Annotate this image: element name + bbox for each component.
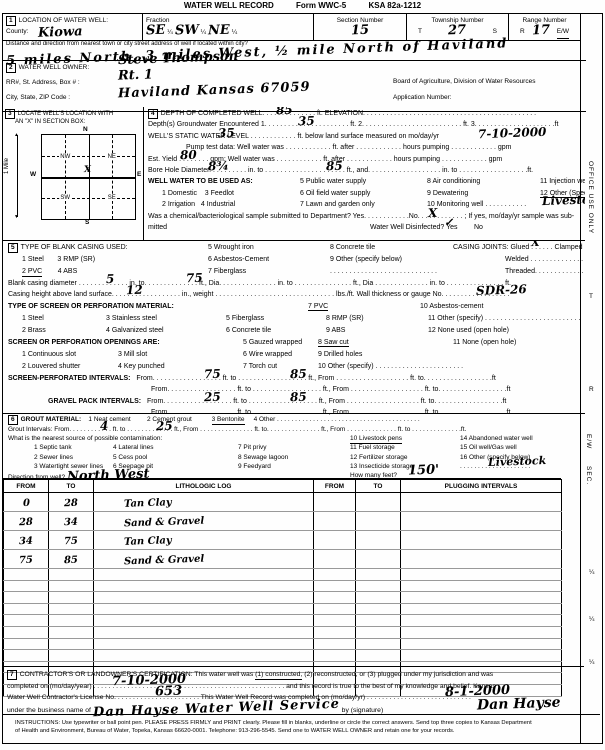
contamination-option-13: 13 Insecticide storage bbox=[350, 462, 460, 471]
use-option-10: 10 Monitoring well . . . . . . . . . . . bbox=[427, 199, 540, 210]
screen-option-4: 4 Galvanized steel bbox=[106, 325, 226, 337]
grout-interval-to: 25 bbox=[156, 421, 173, 432]
se-quarter-label: SE bbox=[107, 195, 117, 201]
contamination-title: What is the nearest source of possible c… bbox=[8, 434, 350, 443]
address-value: Rt. 1 bbox=[118, 70, 153, 81]
north-label: N bbox=[83, 126, 88, 133]
table-row: 75 85 Sand & Gravel bbox=[4, 550, 562, 569]
quarter-glyph: ¼ bbox=[232, 29, 237, 36]
groundwater-1-value: 35 bbox=[298, 116, 315, 127]
yield-value: 80 bbox=[180, 149, 197, 160]
office-range-mark: R bbox=[589, 386, 594, 393]
certification-line-2: completed on (mo/day/year) . . . . . . .… bbox=[7, 683, 496, 690]
col-to-2: TO bbox=[356, 480, 401, 493]
static-level-date: 7-10-2000 bbox=[478, 127, 547, 139]
section7-number: 7 bbox=[7, 670, 17, 680]
casing-height-line: Casing height above land surface. . . . … bbox=[8, 291, 510, 298]
mile-arrow-up: ▲ bbox=[14, 133, 19, 137]
office-ew-mark: E/W bbox=[585, 434, 592, 449]
opening-option-9: 9 Drilled holes bbox=[318, 349, 453, 361]
casing-option-3: 3 RMP (SR) bbox=[57, 256, 95, 263]
table-empty-row bbox=[4, 638, 562, 650]
use-option-3: 3 Feedlot bbox=[205, 190, 234, 197]
lith-desc: Sand & Gravel bbox=[124, 518, 204, 529]
use-option-9: 9 Dewatering bbox=[427, 188, 540, 199]
screen-material-title: TYPE OF SCREEN OR PERFORATION MATERIAL: bbox=[8, 301, 308, 313]
screen-interval-line-1: From. . . . . . . . . . . . . . . . . . … bbox=[136, 375, 495, 382]
business-name-label: under the business name of bbox=[7, 707, 91, 714]
fraction-cell: Fraction SE ¼ SW ¼ NE ¼ bbox=[143, 14, 314, 40]
section4-number: 4 bbox=[148, 109, 158, 119]
contamination-option-4: 4 Lateral lines bbox=[113, 443, 238, 452]
feet-value: 150' bbox=[408, 465, 439, 476]
grout-option-4: 4 Other . . . . . . . . . . . . . . . . … bbox=[254, 416, 420, 423]
contamination-option-14: 14 Abandoned water well bbox=[460, 434, 585, 443]
form-title-row: WATER WELL RECORD Form WWC-5 KSA 82a-121… bbox=[0, 1, 605, 10]
opening-option-6: 6 Wire wrapped bbox=[243, 349, 318, 361]
sample-no-mark: X bbox=[428, 207, 438, 217]
col-lithologic-log: LITHOLOGIC LOG bbox=[94, 480, 314, 493]
opening-option-10: 10 Other (specify) . . . . . . . . . . .… bbox=[318, 361, 453, 373]
table-row: 34 75 Tan Clay bbox=[4, 531, 562, 550]
lith-from: 34 bbox=[19, 538, 33, 546]
disinfected-yes-mark: ✓ bbox=[444, 218, 454, 228]
contamination-option-7: 7 Pit privy bbox=[238, 443, 350, 452]
office-sec-mark: SEC. bbox=[585, 466, 592, 485]
static-level-value: 35 bbox=[218, 128, 235, 139]
pump-test-line: Pump test data: Well water was . . . . .… bbox=[148, 142, 585, 153]
depth-line: DEPTH OF COMPLETED WELL. . . . . . . . .… bbox=[161, 110, 536, 117]
use-option-2: 2 Irrigation bbox=[162, 201, 195, 208]
form-body: 1LOCATION OF WATER WELL: County: Kiowa F… bbox=[2, 13, 603, 744]
section3-number: 3 bbox=[5, 109, 15, 119]
col-from-1: FROM bbox=[4, 480, 49, 493]
screen-option-1: 1 Steel bbox=[8, 313, 106, 325]
constructed-underlined: (1) constructed, bbox=[255, 671, 302, 680]
instructions-line-2: of Health and Environment, Bureau of Wat… bbox=[15, 727, 592, 735]
gravel-interval-line-1: From. . . . . . . . . . . . . . . . . . … bbox=[147, 398, 506, 405]
threaded-line: Threaded. . . . . . . . . . . . . . . . … bbox=[453, 266, 585, 278]
signature-value: Dan Hayse bbox=[477, 697, 561, 710]
range-r: R bbox=[520, 26, 525, 39]
table-empty-row bbox=[4, 650, 562, 662]
screen-option-3: 3 Stainless steel bbox=[106, 313, 226, 325]
sample-line: Was a chemical/bacteriological sample su… bbox=[148, 213, 574, 220]
bore-depth-value: 85 bbox=[326, 161, 343, 172]
range-value: 17 bbox=[531, 26, 550, 39]
opening-option-7: 7 Torch cut bbox=[243, 361, 318, 373]
mitted-word: mitted bbox=[148, 224, 167, 231]
signature-label: by (signature) bbox=[342, 707, 384, 714]
bore-diameter-value: 8¾ bbox=[208, 161, 229, 172]
form-number: Form WWC-5 bbox=[296, 1, 346, 10]
screen-option-8: 8 RMP (SR) bbox=[326, 313, 428, 325]
instructions-line-1: INSTRUCTIONS: Use typewriter or ball poi… bbox=[15, 719, 592, 727]
gravel-interval-to: 85 bbox=[290, 391, 307, 402]
screen-option-7: 7 PVC bbox=[308, 303, 328, 312]
depth-value: 85 bbox=[276, 107, 293, 115]
form-ksa: KSA 82a-1212 bbox=[368, 1, 421, 10]
owner-label: WATER WELL OWNER: bbox=[19, 64, 90, 71]
board-label: Board of Agriculture, Division of Water … bbox=[393, 74, 535, 89]
use-option-8: 8 Air conditioning bbox=[427, 176, 540, 187]
casing-depth-value: 75 bbox=[186, 273, 203, 284]
contamination-option-2: 2 Sewer lines bbox=[8, 453, 113, 462]
county-label: County: bbox=[6, 28, 28, 35]
use-option-1: 1 Domestic bbox=[162, 190, 197, 197]
table-empty-row bbox=[4, 615, 562, 627]
contamination-option-1: 1 Septic tank bbox=[8, 443, 113, 452]
instructions-box: INSTRUCTIONS: Use typewriter or ball poi… bbox=[3, 714, 600, 748]
office-use-strip: OFFICE USE ONLY T R E/W SEC. ¼ ¼ ¼ bbox=[580, 14, 603, 743]
contamination-option-5: 5 Cess pool bbox=[113, 453, 238, 462]
grout-intervals-line: Grout Intervals: From. . . . . . . . . .… bbox=[8, 426, 466, 433]
opening-option-8: 8 Saw cut bbox=[318, 339, 349, 348]
section7-certification: 7CONTRACTOR'S OR LANDOWNER'S CERTIFICATI… bbox=[3, 666, 584, 717]
welded-line: Welded . . . . . . . . . . . . . . . . .… bbox=[453, 254, 585, 266]
center-line-horizontal bbox=[42, 177, 135, 179]
range-ew: E/W bbox=[557, 26, 569, 39]
section1-number: 1 bbox=[6, 16, 16, 26]
locate-title-2: AN "X" IN SECTION BOX: bbox=[3, 119, 143, 126]
section6-number: 6 bbox=[8, 415, 18, 425]
gravel-interval-from: 25 bbox=[204, 391, 221, 402]
casing-option-9: 9 Other (specify below) bbox=[330, 254, 453, 266]
use-option-6: 6 Oil field water supply bbox=[300, 188, 427, 199]
contamination-option-8: 8 Sewage lagoon bbox=[238, 453, 350, 462]
contamination-option-9: 9 Feedyard bbox=[238, 462, 350, 471]
office-use-only-label: OFFICE USE ONLY bbox=[587, 161, 594, 234]
casing-joints-line: CASING JOINTS: Glued . . . . . . Clamped… bbox=[453, 244, 585, 251]
table-header-row: FROM TO LITHOLOGIC LOG FROM TO PLUGGING … bbox=[4, 480, 562, 493]
section4-depth: 4DEPTH OF COMPLETED WELL. . . . . . . . … bbox=[143, 107, 585, 241]
sw-quarter-label: SW bbox=[59, 195, 71, 201]
contamination-option-12: 12 Fertilizer storage bbox=[350, 453, 460, 462]
lith-desc: Sand & Gravel bbox=[124, 556, 204, 567]
lith-to: 75 bbox=[64, 538, 78, 546]
casing-option-4: 4 ABS bbox=[58, 268, 77, 275]
lith-from: 28 bbox=[19, 519, 33, 527]
city-value: Haviland Kansas 67059 bbox=[118, 83, 311, 100]
disinfected-no-label: No bbox=[474, 222, 483, 233]
lith-to: 85 bbox=[64, 557, 78, 565]
grout-option-3: 3 Bentonite bbox=[212, 416, 245, 425]
section5-casing: 5TYPE OF BLANK CASING USED: 5 Wrought ir… bbox=[3, 240, 585, 415]
casing-option-5: 5 Wrought iron bbox=[208, 242, 330, 254]
lith-desc: Tan Clay bbox=[124, 537, 172, 547]
office-quarter-mark: ¼ bbox=[589, 569, 594, 576]
office-township-mark: T bbox=[589, 293, 593, 300]
address-label: RR#, St. Address, Box # : bbox=[6, 79, 80, 86]
ne-quarter-label: NE bbox=[107, 154, 117, 160]
grout-option-1: 1 Neat cement bbox=[88, 416, 130, 423]
screen-interval-to: 85 bbox=[290, 369, 307, 380]
fraction-q3-value: NE bbox=[208, 26, 230, 37]
range-cell: Range Number R 17 E/W bbox=[509, 14, 580, 40]
water-well-record-page: WATER WELL RECORD Form WWC-5 KSA 82a-121… bbox=[0, 0, 605, 750]
lith-to: 34 bbox=[64, 519, 78, 527]
locate-title-1: LOCATE WELL'S LOCATION WITH bbox=[18, 111, 114, 117]
screen-option-5: 5 Fiberglass bbox=[226, 313, 326, 325]
screen-option-12: 12 None used (open hole) bbox=[428, 325, 585, 337]
section2-number: 2 bbox=[6, 63, 16, 73]
section-number-value: 15 bbox=[351, 26, 369, 37]
license-number-value: 653 bbox=[155, 687, 182, 698]
use-option-5: 5 Public water supply bbox=[300, 176, 427, 187]
casing-option-9-dots: . . . . . . . . . . . . . . . . . . . . … bbox=[330, 266, 453, 278]
township-s: S bbox=[493, 26, 497, 37]
screen-intervals-label: SCREEN-PERFORATED INTERVALS: bbox=[8, 375, 131, 382]
fraction-q2-value: SW bbox=[174, 26, 198, 37]
section6-grout: 6GROUT MATERIAL: 1 Neat cement 2 Cement … bbox=[3, 413, 585, 480]
mile-scale-line bbox=[17, 135, 18, 217]
casing-height-value: 12 bbox=[126, 285, 143, 296]
quarter-glyph: ¼ bbox=[167, 29, 172, 36]
table-empty-row bbox=[4, 592, 562, 604]
use-option-11: 11 Injection well bbox=[540, 176, 585, 187]
certification-line-1b: (2) reconstructed, or (3) plugged under … bbox=[302, 671, 493, 678]
opening-option-1: 1 Continuous slot bbox=[8, 349, 118, 361]
table-empty-row bbox=[4, 626, 562, 638]
screen-option-11: 11 Other (specify) . . . . . . . . . . .… bbox=[428, 313, 585, 325]
section5-number: 5 bbox=[8, 243, 18, 253]
use-option-7: 7 Lawn and garden only bbox=[300, 199, 427, 210]
mile-label: 1 Mile bbox=[4, 131, 10, 201]
screen-option-9: 9 ABS bbox=[326, 325, 428, 337]
county-value: Kiowa bbox=[38, 27, 83, 39]
opening-option-5: 5 Gauzed wrapped bbox=[243, 337, 318, 349]
openings-title: SCREEN OR PERFORATION OPENINGS ARE: bbox=[8, 337, 243, 349]
casing-option-8: 8 Concrete tile bbox=[330, 242, 453, 254]
opening-option-3: 3 Mill slot bbox=[118, 349, 243, 361]
table-empty-row bbox=[4, 603, 562, 615]
col-from-2: FROM bbox=[314, 480, 356, 493]
fraction-q1-value: SE bbox=[146, 26, 166, 37]
office-quarter-mark: ¼ bbox=[589, 659, 594, 666]
screen-option-10: 10 Asbestos-cement bbox=[420, 301, 585, 313]
opening-option-4: 4 Key punched bbox=[118, 361, 243, 373]
casing-diameter-line: Blank casing diameter . . . . . . . . . … bbox=[8, 280, 511, 287]
office-quarter-mark: ¼ bbox=[589, 616, 594, 623]
opening-option-2: 2 Louvered shutter bbox=[8, 361, 118, 373]
screen-option-6: 6 Concrete tile bbox=[226, 325, 326, 337]
lith-desc: Tan Clay bbox=[124, 499, 172, 509]
lith-to: 28 bbox=[64, 500, 78, 508]
east-label: E bbox=[137, 171, 141, 178]
section3-locate: 3LOCATE WELL'S LOCATION WITH AN "X" IN S… bbox=[3, 107, 143, 240]
nw-quarter-label: NW bbox=[59, 154, 71, 160]
gravel-pack-label: GRAVEL PACK INTERVALS: bbox=[48, 398, 141, 405]
table-empty-row bbox=[4, 580, 562, 592]
application-number-label: Application Number: bbox=[393, 90, 452, 105]
lith-from: 0 bbox=[22, 500, 29, 508]
section-number-cell: Section Number 15 bbox=[314, 14, 407, 40]
contamination-option-11: 11 Fuel storage bbox=[350, 443, 460, 452]
section2-owner: 2WATER WELL OWNER: Steve Thompson RR#, S… bbox=[3, 58, 586, 112]
casing-option-1: 1 Steel bbox=[22, 256, 44, 263]
col-to-1: TO bbox=[49, 480, 94, 493]
township-value: 27 bbox=[448, 26, 466, 38]
county-cell: 1LOCATION OF WATER WELL: County: Kiowa bbox=[3, 14, 143, 40]
well-location-x-mark: X bbox=[84, 165, 91, 175]
gauge-value: SDR-26 bbox=[476, 285, 527, 297]
col-plugging-intervals: PLUGGING INTERVALS bbox=[401, 480, 562, 493]
contamination-option-15: 15 Oil well/Gas well bbox=[460, 443, 585, 452]
casing-option-2: 2 PVC bbox=[22, 268, 42, 277]
screen-interval-from: 75 bbox=[204, 369, 221, 380]
south-label: S bbox=[85, 219, 89, 226]
quarter-glyph: ¼ bbox=[201, 29, 206, 36]
use-title: WELL WATER TO BE USED AS: bbox=[148, 176, 300, 187]
table-row: 0 28 Tan Clay bbox=[4, 493, 562, 512]
west-label: W bbox=[30, 171, 36, 178]
lithologic-log-table: FROM TO LITHOLOGIC LOG FROM TO PLUGGING … bbox=[3, 478, 561, 667]
static-level-line: WELL'S STATIC WATER LEVEL . . . . . . . … bbox=[148, 133, 439, 140]
glued-x-mark: X bbox=[531, 240, 540, 248]
form-title: WATER WELL RECORD bbox=[184, 1, 274, 10]
screen-option-2: 2 Brass bbox=[8, 325, 106, 337]
use-other-value: Livestock bbox=[542, 194, 585, 206]
table-empty-row bbox=[4, 569, 562, 581]
mile-arrow-down: ▼ bbox=[14, 215, 19, 219]
lith-from: 75 bbox=[19, 557, 33, 565]
casing-option-6: 6 Asbestos-Cement bbox=[208, 254, 330, 266]
grout-title: GROUT MATERIAL: bbox=[21, 416, 82, 423]
table-row: 28 34 Sand & Gravel bbox=[4, 512, 562, 531]
casing-title: TYPE OF BLANK CASING USED: bbox=[21, 244, 128, 251]
opening-option-11: 11 None (open hole) bbox=[453, 337, 585, 349]
casing-option-7: 7 Fiberglass bbox=[208, 266, 330, 278]
use-option-4: 4 Industrial bbox=[201, 201, 235, 208]
section-box-diagram: NW NE SW SE X bbox=[41, 134, 136, 220]
casing-diameter-value: 5 bbox=[106, 274, 115, 284]
city-label: City, State, ZIP Code : bbox=[6, 94, 70, 101]
section1-title: LOCATION OF WATER WELL: bbox=[19, 17, 108, 24]
owner-value: Steve Thompson bbox=[118, 52, 238, 66]
township-t: T bbox=[418, 26, 422, 37]
contamination-other-value: Livestock bbox=[488, 456, 547, 468]
grout-interval-from: 4 bbox=[100, 421, 109, 431]
